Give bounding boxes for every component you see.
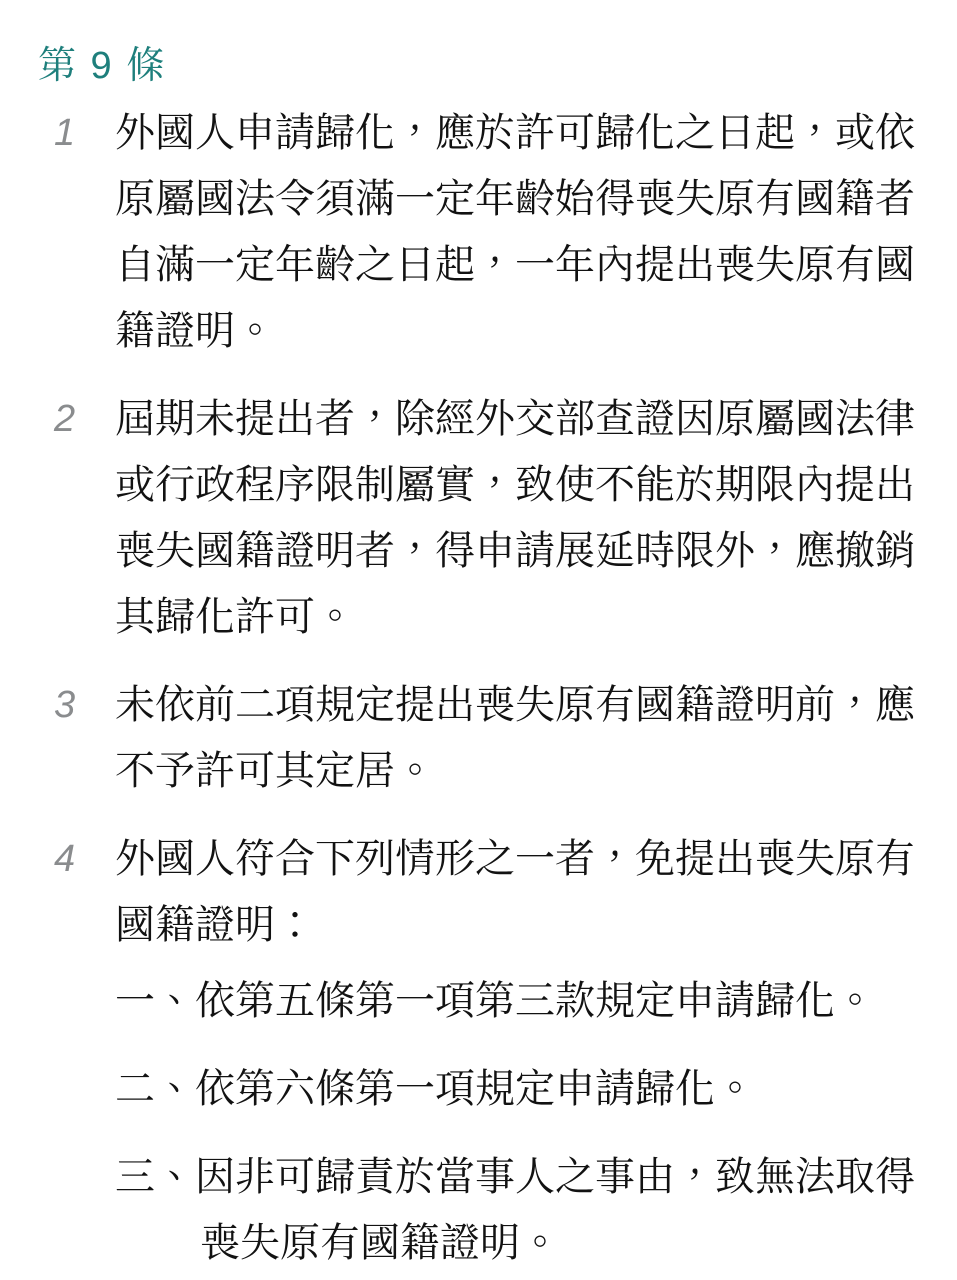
paragraph-line: 原屬國法令須滿一定年齡始得喪失原有國籍者 — [115, 166, 923, 232]
list-item-line: 二、依第六條第一項規定申請歸化。 — [115, 1056, 923, 1122]
list-item-1: 一、依第五條第一項第三款規定申請歸化。 — [115, 968, 923, 1034]
paragraph-line: 未依前二項規定提出喪失原有國籍證明前，應 — [115, 672, 923, 738]
paragraph-text: 外國人符合下列情形之一者，免提出喪失原有 國籍證明： — [115, 826, 923, 958]
paragraph-1: 1 外國人申請歸化，應於許可歸化之日起，或依 原屬國法令須滿一定年齡始得喪失原有… — [38, 100, 923, 364]
paragraph-text: 外國人申請歸化，應於許可歸化之日起，或依 原屬國法令須滿一定年齡始得喪失原有國籍… — [115, 100, 923, 364]
paragraph-3: 3 未依前二項規定提出喪失原有國籍證明前，應 不予許可其定居。 — [38, 672, 923, 804]
paragraph-number: 4 — [38, 826, 115, 892]
paragraph-line: 籍證明。 — [115, 298, 923, 364]
paragraph-number: 2 — [38, 386, 115, 452]
paragraph-text: 屆期未提出者，除經外交部查證因原屬國法律 或行政程序限制屬實，致使不能於期限內提… — [115, 386, 923, 650]
list-item-line: 喪失原有國籍證明。 — [115, 1210, 923, 1276]
paragraph-line: 國籍證明： — [115, 892, 923, 958]
paragraph-line: 或行政程序限制屬實，致使不能於期限內提出 — [115, 452, 923, 518]
paragraph-2: 2 屆期未提出者，除經外交部查證因原屬國法律 或行政程序限制屬實，致使不能於期限… — [38, 386, 923, 650]
paragraph-number: 1 — [38, 100, 115, 166]
paragraph-line: 自滿一定年齡之日起，一年內提出喪失原有國 — [115, 232, 923, 298]
paragraph-line: 屆期未提出者，除經外交部查證因原屬國法律 — [115, 386, 923, 452]
article-title: 第 9 條 — [38, 44, 923, 88]
list-item-line: 一、依第五條第一項第三款規定申請歸化。 — [115, 968, 923, 1034]
list-item-3: 三、因非可歸責於當事人之事由，致無法取得 喪失原有國籍證明。 — [115, 1144, 923, 1276]
paragraph-4: 4 外國人符合下列情形之一者，免提出喪失原有 國籍證明： — [38, 826, 923, 958]
paragraph-line: 其歸化許可。 — [115, 584, 923, 650]
paragraph-number: 3 — [38, 672, 115, 738]
paragraph-line: 不予許可其定居。 — [115, 738, 923, 804]
paragraph-text: 未依前二項規定提出喪失原有國籍證明前，應 不予許可其定居。 — [115, 672, 923, 804]
law-article: 第 9 條 1 外國人申請歸化，應於許可歸化之日起，或依 原屬國法令須滿一定年齡… — [0, 0, 957, 1276]
list-item-2: 二、依第六條第一項規定申請歸化。 — [115, 1056, 923, 1122]
paragraph-line: 外國人符合下列情形之一者，免提出喪失原有 — [115, 826, 923, 892]
list-item-line: 三、因非可歸責於當事人之事由，致無法取得 — [115, 1144, 923, 1210]
paragraph-line: 喪失國籍證明者，得申請展延時限外，應撤銷 — [115, 518, 923, 584]
paragraph-line: 外國人申請歸化，應於許可歸化之日起，或依 — [115, 100, 923, 166]
